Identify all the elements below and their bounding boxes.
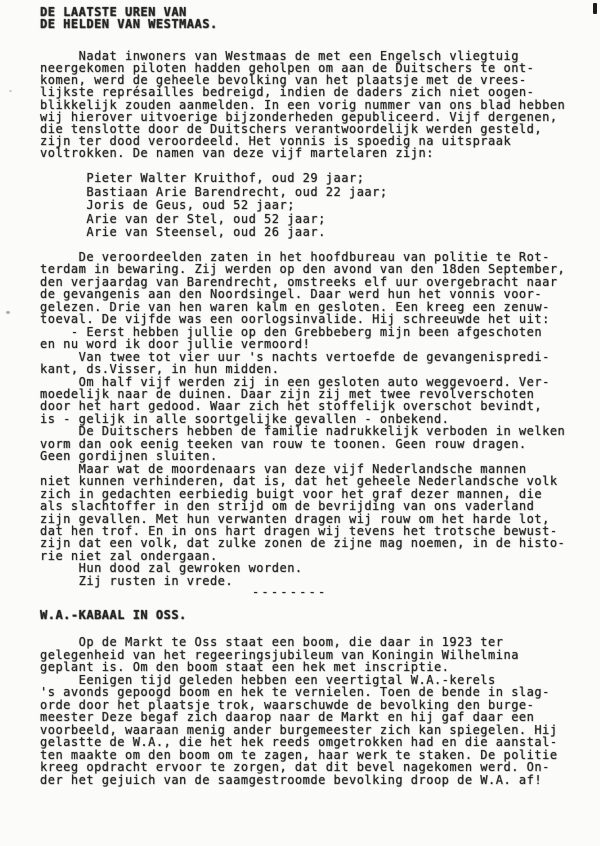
article1-paragraph-main: De veroordeelden zaten in het hoofdburea… [40, 251, 565, 587]
article1-title: DE LAATSTE UREN VAN DE HELDEN VAN WESTMA… [40, 7, 218, 30]
scan-mark-top-right [593, 3, 597, 14]
article1-paragraph-intro: Nadat inwoners van Westmaas de met een E… [40, 50, 565, 159]
section-separator: -------- [40, 585, 327, 599]
scan-speck-upper-left [9, 90, 12, 92]
article2-title: W.A.-KABAAL IN OSS. [40, 610, 187, 622]
document-page: DE LAATSTE UREN VAN DE HELDEN VAN WESTMA… [0, 0, 600, 846]
scan-speck-left [6, 311, 10, 314]
article1-victims-list: Pieter Walter Kruithof, oud 29 jaar; Bas… [40, 172, 388, 240]
article2-paragraph: Op de Markt te Oss staat een boom, die d… [40, 636, 558, 787]
